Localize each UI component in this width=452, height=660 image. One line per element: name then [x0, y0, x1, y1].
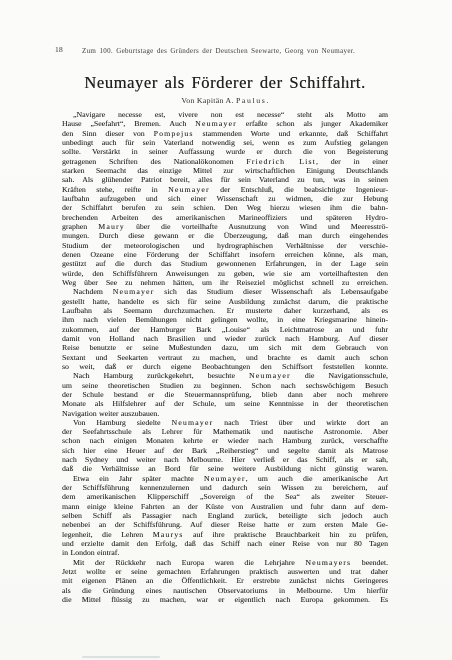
scan-page: 18 Zum 100. Geburtstage des Gründers der…	[0, 0, 452, 660]
text-line: laufbahn aufzugeben und sich einer Wisse…	[62, 194, 388, 203]
text-line: Von Hamburg siedelte Neumayer nach Tries…	[62, 418, 388, 427]
paragraph: „Navigare necesse est, vivere non est ne…	[62, 110, 388, 287]
text-line: Monate als Hilfslehrer auf der Schule, u…	[62, 399, 388, 408]
paragraph: Nach Hamburg zurückgekehrt, besuchte Neu…	[62, 371, 388, 418]
text-line: der Seefahrtsschule als Lehrer für Mathe…	[62, 427, 388, 436]
text-line: Mit der Rückkehr nach Europa waren die L…	[62, 558, 388, 567]
paragraph: Von Hamburg siedelte Neumayer nach Tries…	[62, 418, 388, 474]
text-line: Hause „Seefahrt“, Bremen. Auch Neumayer …	[62, 119, 388, 128]
text-line: Sextant und Seekarten vertraut zu machen…	[62, 353, 388, 362]
text-line: der Schule bestand er die Steuermannsprü…	[62, 390, 388, 399]
text-line: in London eintraf.	[62, 548, 388, 557]
text-line: würde, den Schiffsführern Anweisungen zu…	[62, 269, 388, 278]
text-line: den Sinn dieser von Pompejus stammenden …	[62, 129, 388, 138]
scan-smudge	[82, 656, 160, 658]
text-line: graphen Maury über die vorteilhafte Ausn…	[62, 222, 388, 231]
text-line: denen Ozeane eine Förderung der Schiffah…	[62, 250, 388, 259]
text-line: Reise benutzte er seine Mußestunden dazu…	[62, 343, 388, 352]
text-line: Laufbahn als Seemann durchzumachen. Er m…	[62, 306, 388, 315]
text-line: Navigation weiter auszubauen.	[62, 409, 388, 418]
text-line: der Schiffsführung kennenzulernen und da…	[62, 483, 388, 492]
text-line: Jetzt wollte er seine gemachten Erfahrun…	[62, 567, 388, 576]
text-line: als die Gründung eines nautischen Observ…	[62, 586, 388, 595]
text-line: damit von Holland nach Brasilien und wie…	[62, 334, 388, 343]
text-line: Nachdem Neumayer sich das Studium dieser…	[62, 287, 388, 296]
text-line: Weg über See zu nehmen hätten, um ihr Re…	[62, 278, 388, 287]
text-line: die Mittel flüssig zu machen, war er eig…	[62, 595, 388, 604]
article-byline: Von Kapitän A. Paulus.	[62, 96, 388, 105]
paragraph: Mit der Rückkehr nach Europa waren die L…	[62, 558, 388, 605]
text-line: brechenden Arbeiten des amerikanischen M…	[62, 213, 388, 222]
text-line: sah. Als glühender Patriot bereit, alles…	[62, 175, 388, 184]
text-line: gestellt hatte, handelte es sich für sei…	[62, 297, 388, 306]
text-line: und erzielte damit den Erfolg, daß das S…	[62, 539, 388, 548]
text-line: zukommen, auf der Hamburger Bark „Louise…	[62, 325, 388, 334]
text-line: mungen. Durch diese gewann er die Überze…	[62, 231, 388, 240]
text-line: mann einige kleine Fahrten an der Küste …	[62, 502, 388, 511]
text-line: Etwa ein Jahr später machte Neumayer, um…	[62, 474, 388, 483]
text-line: gestützt auf die durch das Studium gewon…	[62, 259, 388, 268]
running-header: Zum 100. Geburtstage des Gründers der De…	[82, 47, 355, 55]
paragraph: Nachdem Neumayer sich das Studium dieser…	[62, 287, 388, 371]
text-line: starken Seemacht das einzige Mittel zur …	[62, 166, 388, 175]
page-number: 18	[55, 46, 63, 54]
text-line: so weit, daß er durch eigene Beobachtung…	[62, 362, 388, 371]
text-line: selben Schiff als Passagier nach England…	[62, 511, 388, 520]
text-line: „Navigare necesse est, vivere non est ne…	[62, 110, 388, 119]
text-line: sollte. Verstärkt in seiner Auffassung w…	[62, 147, 388, 156]
text-line: nach Sydney und weiter nach Melbourne. H…	[62, 455, 388, 464]
text-line: daß die Verhältnisse an Bord für seine w…	[62, 464, 388, 473]
text-line: dem amerikanischen Klipperschiff „Sovere…	[62, 492, 388, 501]
text-line: nebenbei an der Schiffsführung. Auf dies…	[62, 520, 388, 529]
text-line: Studium der meteorologischen und hydrogr…	[62, 241, 388, 250]
text-line: Kräften stehe, reifte in Neumayer der En…	[62, 185, 388, 194]
text-line: der Schiffahrt berufen zu sein schien. D…	[62, 203, 388, 212]
article-body: „Navigare necesse est, vivere non est ne…	[62, 110, 388, 604]
text-line: unbedingt auch für sein Vaterland notwen…	[62, 138, 388, 147]
text-line: Nach Hamburg zurückgekehrt, besuchte Neu…	[62, 371, 388, 380]
text-line: mit eigenen Plänen an die Öffentlichkeit…	[62, 576, 388, 585]
scan-speck	[344, 79, 347, 81]
text-line: schon nach einigen Monaten kehrte er wie…	[62, 436, 388, 445]
article-title: Neumayer als Förderer der Schiffahrt.	[62, 74, 388, 92]
text-line: legenheit, die Lehren Maurys auf ihre pr…	[62, 530, 388, 539]
paragraph: Etwa ein Jahr später machte Neumayer, um…	[62, 474, 388, 558]
text-line: sich hier eine Heuer auf der Bark „Reihe…	[62, 446, 388, 455]
text-line: getragenen Schriften des Nationalökonome…	[62, 157, 388, 166]
text-line: ihm nach vielen Bemühungen nicht gelinge…	[62, 315, 388, 324]
text-line: um seine theoretischen Studien zu beginn…	[62, 381, 388, 390]
